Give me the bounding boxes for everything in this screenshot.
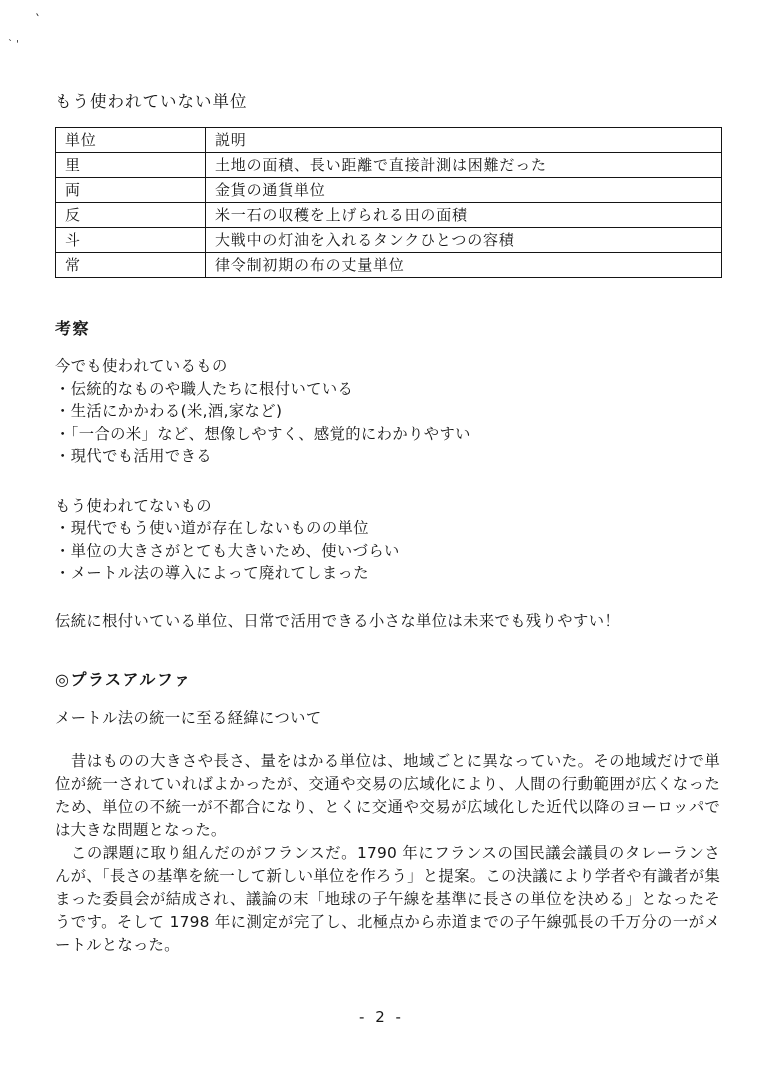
section-title-unused-units: もう使われていない単位: [55, 88, 720, 112]
list-no-longer-used: もう使われてないもの ・現代でもう使い道が存在しないものの単位 ・単位の大きさが…: [55, 495, 720, 585]
list-item: ・メートル法の導入によって廃れてしまった: [55, 562, 720, 585]
document-page: ` ̀ ' もう使われていない単位 単位 説明 里 土地の面積、長い距離で直接計…: [0, 0, 763, 1080]
conclusion-line: 伝統に根付いている単位、日常で活用できる小さな単位は未来でも残りやすい！: [55, 610, 720, 633]
section-heading-consideration: 考察: [55, 316, 720, 339]
column-header-description: 説明: [206, 128, 722, 153]
cell-description: 律令制初期の布の丈量単位: [206, 253, 722, 278]
essay-paragraph: 昔はものの大きさや長さ、量をはかる単位は、地域ごとに異なっていた。その地域だけで…: [55, 750, 720, 842]
cell-unit: 斗: [56, 228, 206, 253]
units-table: 単位 説明 里 土地の面積、長い距離で直接計測は困難だった 両 金貨の通貨単位 …: [55, 127, 722, 278]
cell-description: 金貨の通貨単位: [206, 178, 722, 203]
table-row: 両 金貨の通貨単位: [56, 178, 722, 203]
table-header-row: 単位 説明: [56, 128, 722, 153]
list-title: 今でも使われているもの: [55, 355, 720, 378]
cell-description: 大戦中の灯油を入れるタンクひとつの容積: [206, 228, 722, 253]
cell-unit: 両: [56, 178, 206, 203]
list-item: ・現代でもう使い道が存在しないものの単位: [55, 517, 720, 540]
section-heading-plus-alpha: ◎プラスアルファ: [55, 667, 720, 690]
cell-description: 米一石の収穫を上げられる田の面積: [206, 203, 722, 228]
plus-alpha-subtitle: メートル法の統一に至る経緯について: [55, 707, 720, 730]
table-row: 斗 大戦中の灯油を入れるタンクひとつの容積: [56, 228, 722, 253]
cell-unit: 反: [56, 203, 206, 228]
list-item: ・単位の大きさがとても大きいため、使いづらい: [55, 540, 720, 563]
cell-unit: 常: [56, 253, 206, 278]
table-row: 常 律令制初期の布の丈量単位: [56, 253, 722, 278]
list-title: もう使われてないもの: [55, 495, 720, 518]
page-number: - 2 -: [0, 1008, 763, 1026]
list-item: ・生活にかかわる(米,酒,家など): [55, 400, 720, 423]
cell-description: 土地の面積、長い距離で直接計測は困難だった: [206, 153, 722, 178]
essay-body: 昔はものの大きさや長さ、量をはかる単位は、地域ごとに異なっていた。その地域だけで…: [55, 750, 720, 957]
scan-artifact-mark: ̀ ': [13, 40, 19, 50]
list-item: ・「一合の米」など、想像しやすく、感覚的にわかりやすい: [55, 423, 720, 446]
list-item: ・現代でも活用できる: [55, 445, 720, 468]
cell-unit: 里: [56, 153, 206, 178]
column-header-unit: 単位: [56, 128, 206, 153]
scan-artifact-mark: `: [33, 14, 41, 28]
list-still-used: 今でも使われているもの ・伝統的なものや職人たちに根付いている ・生活にかかわる…: [55, 355, 720, 468]
list-item: ・伝統的なものや職人たちに根付いている: [55, 378, 720, 401]
table-row: 反 米一石の収穫を上げられる田の面積: [56, 203, 722, 228]
table-row: 里 土地の面積、長い距離で直接計測は困難だった: [56, 153, 722, 178]
essay-paragraph: この課題に取り組んだのがフランスだ。1790 年にフランスの国民議会議員のタレー…: [55, 842, 720, 957]
